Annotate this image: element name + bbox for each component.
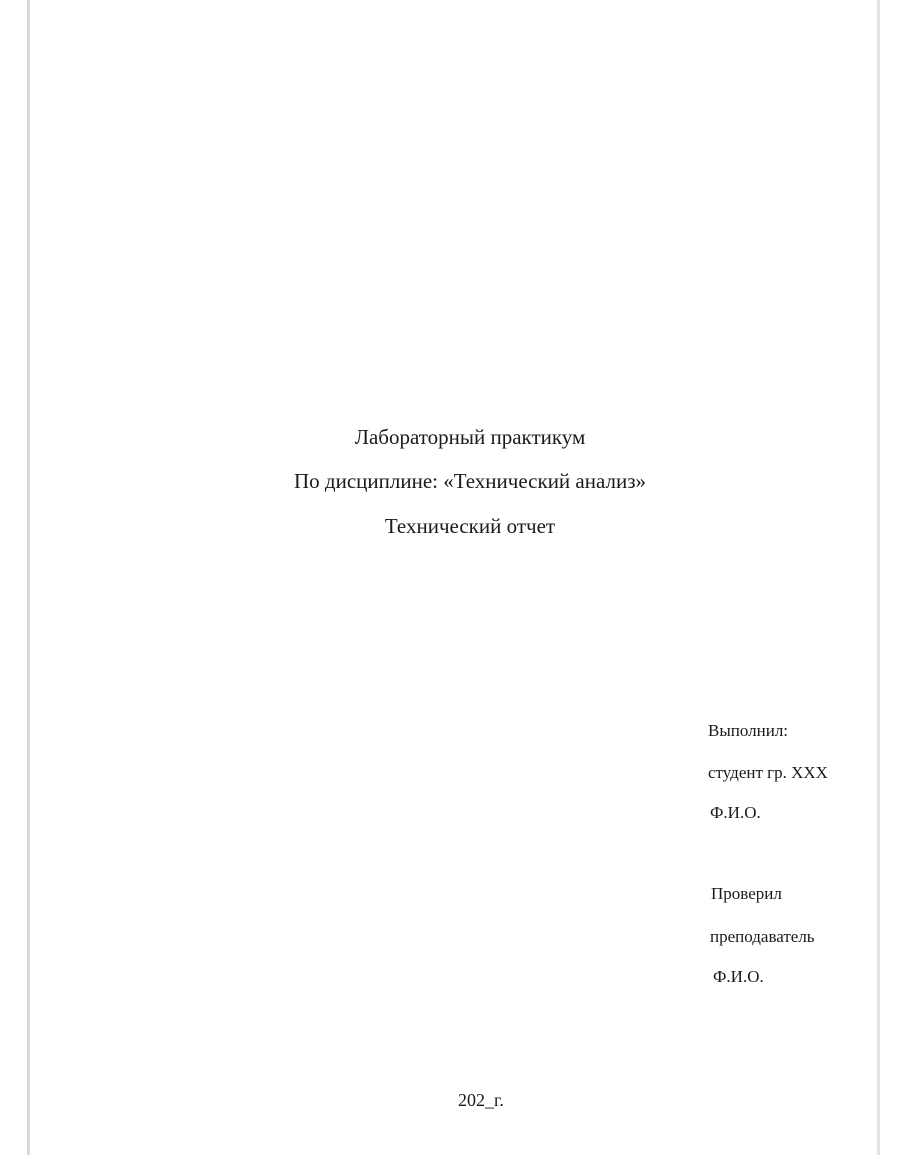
document-year: 202_г. — [458, 1090, 504, 1111]
page-left-edge — [27, 0, 30, 1155]
performed-by-name: Ф.И.О. — [710, 803, 761, 823]
page-right-edge — [877, 0, 880, 1155]
checked-by-role: преподаватель — [710, 927, 815, 947]
performed-by-group: студент гр. XXX — [708, 763, 828, 783]
title-discipline: По дисциплине: «Технический анализ» — [0, 469, 910, 494]
performed-by-label: Выполнил: — [708, 721, 788, 741]
title-report: Технический отчет — [0, 514, 910, 539]
title-practicum: Лабораторный практикум — [0, 425, 910, 450]
checked-by-label: Проверил — [711, 884, 782, 904]
checked-by-name: Ф.И.О. — [713, 967, 764, 987]
